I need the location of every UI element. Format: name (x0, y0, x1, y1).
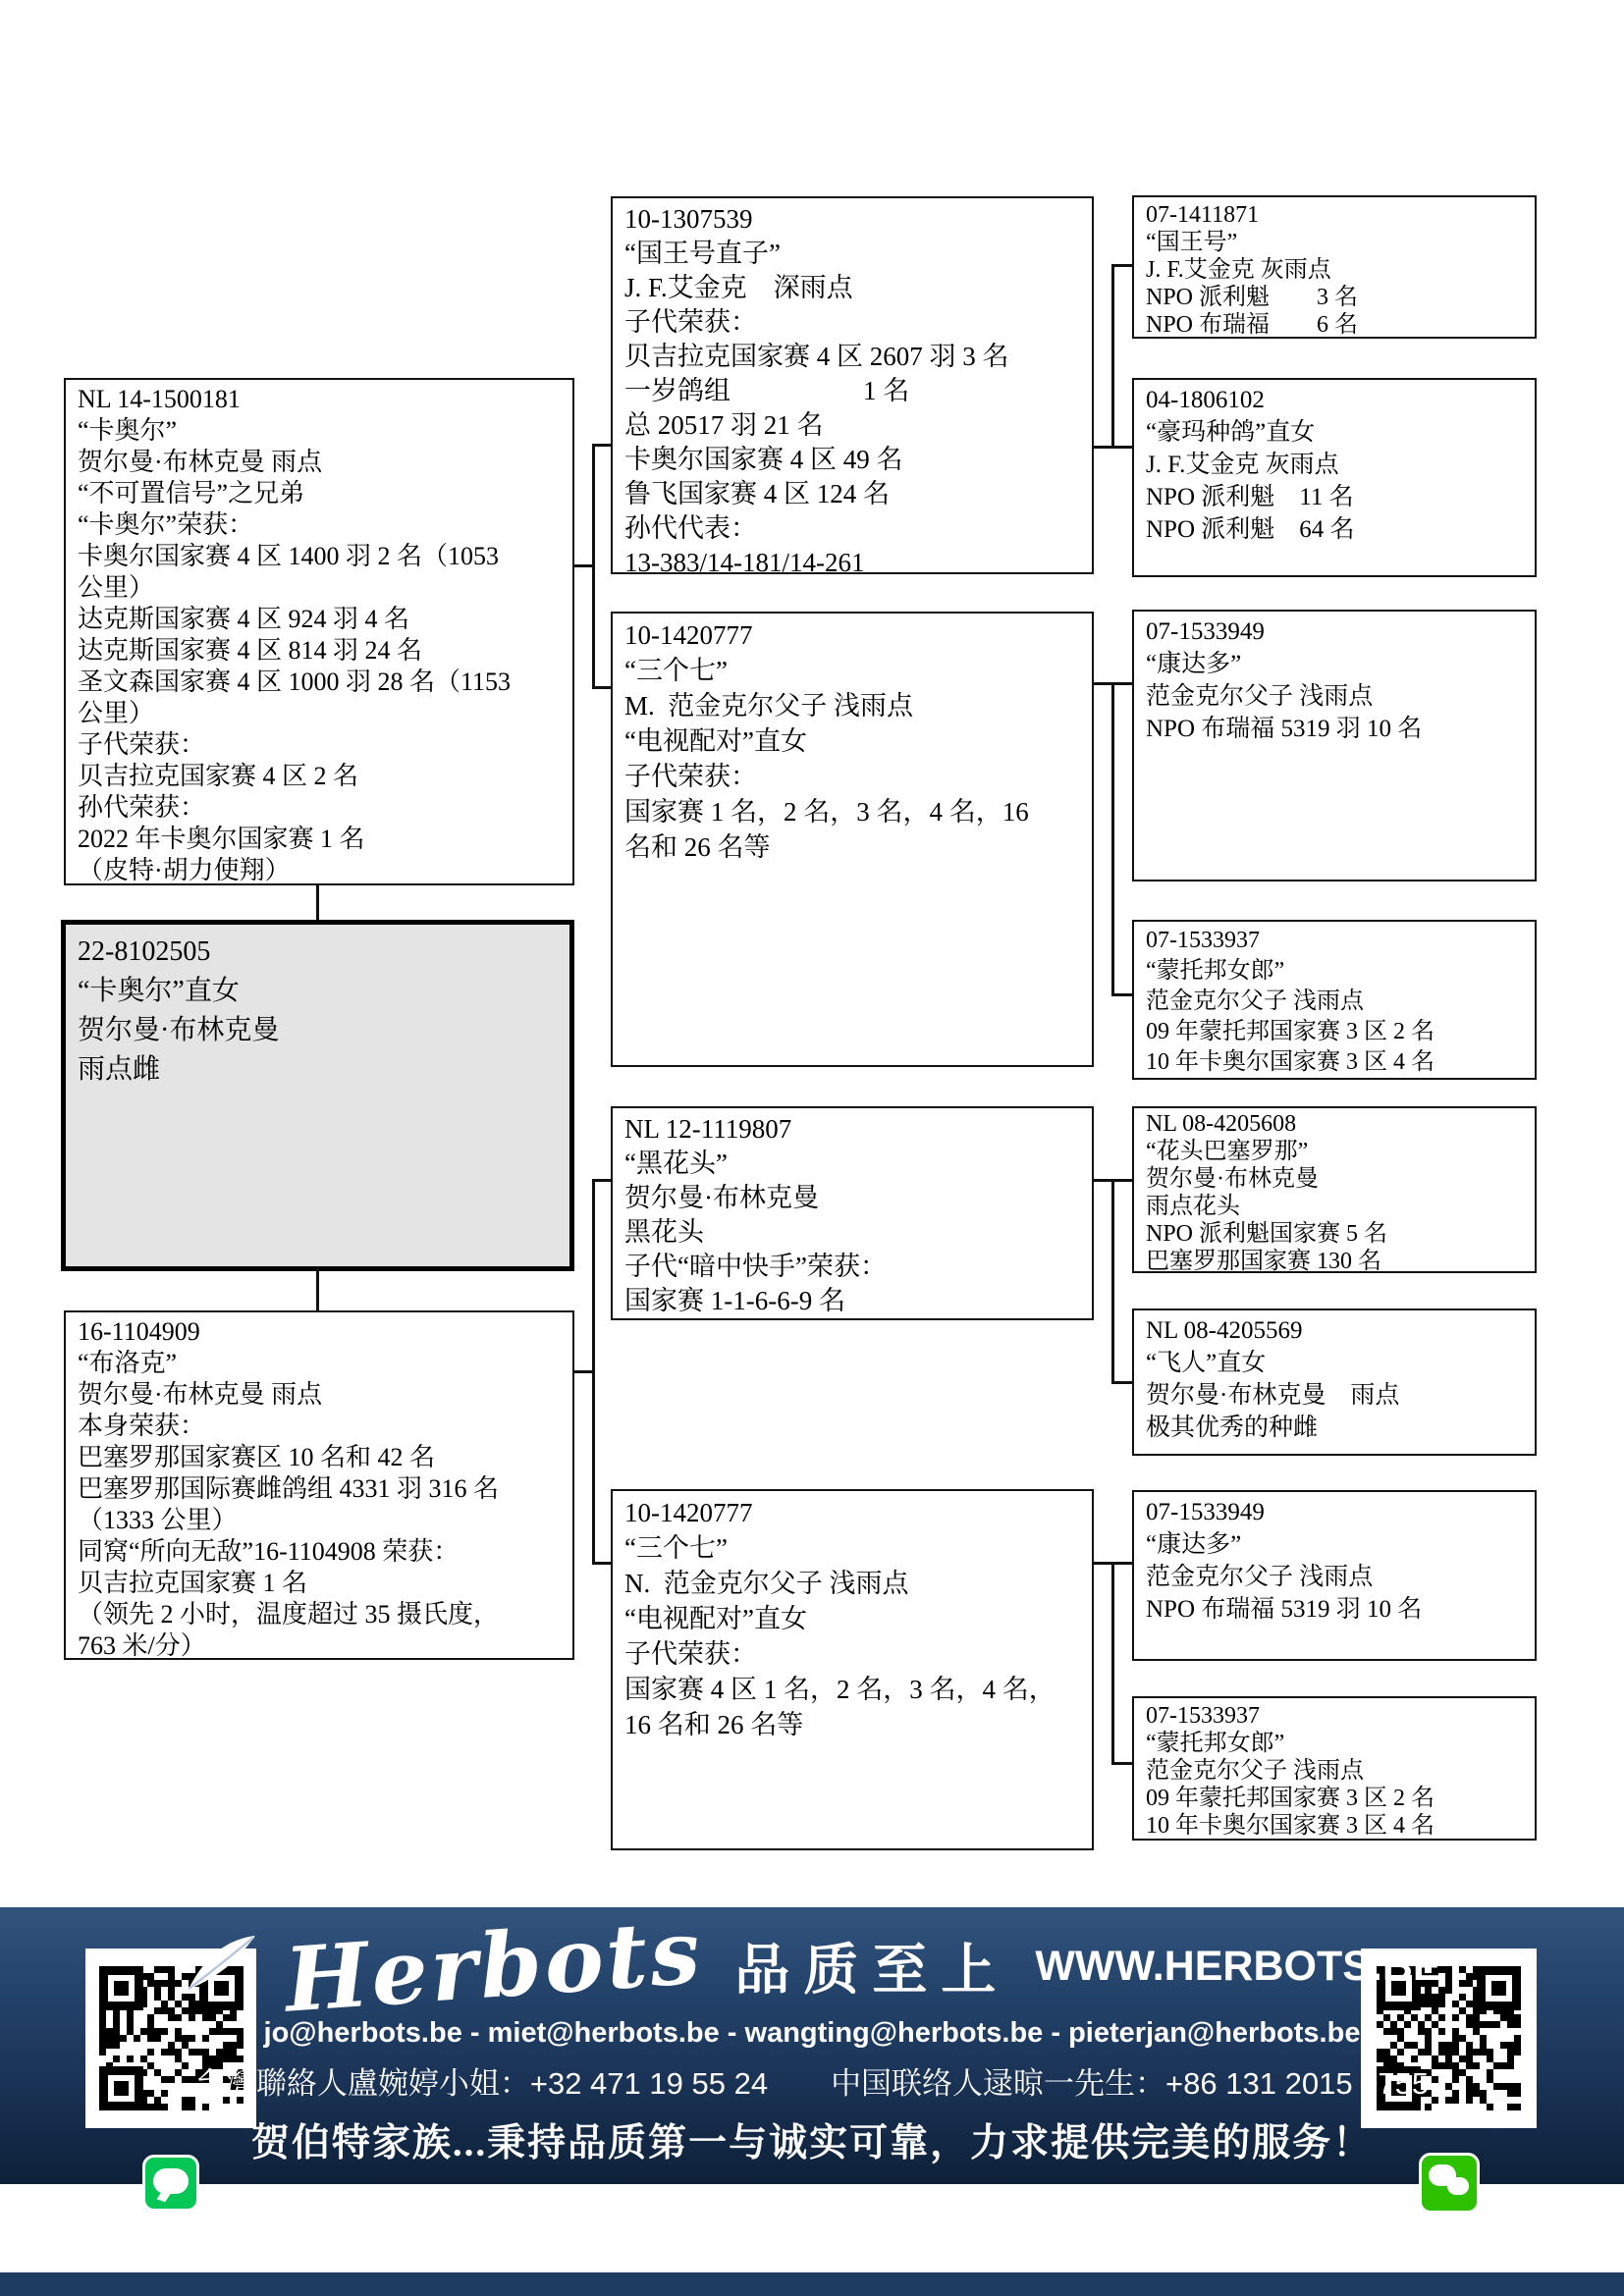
pedigree-line: “三个七” (624, 653, 1084, 688)
pedigree-line: 10 年卡奥尔国家赛 3 区 4 名 (1146, 1812, 1527, 1840)
pedigree-line: NPO 派利魁 3 名 (1146, 284, 1527, 311)
pedigree-line: 子代“暗中快手”荣获： (624, 1250, 1084, 1284)
pedigree-line: 贺尔曼·布林克曼 雨点 (78, 1379, 565, 1411)
pedigree-line: 孙代代表： (624, 511, 1084, 546)
pedigree-box-gen2-3: NL 12-1119807“黑花头”贺尔曼·布林克曼黑花头子代“暗中快手”荣获：… (611, 1106, 1094, 1320)
pedigree-line: “电视配对”直女 (624, 723, 1084, 759)
pedigree-line: 一岁鸽组 1 名 (624, 374, 1084, 408)
pedigree-line: 子代荣获： (624, 305, 1084, 340)
pedigree-line: 极其优秀的种雌 (1146, 1412, 1527, 1444)
pedigree-line: NPO 布瑞福 5319 羽 10 名 (1146, 1593, 1527, 1626)
pedigree-page: NL 14-1500181“卡奥尔”贺尔曼·布林克曼 雨点“不可置信号”之兄弟“… (0, 0, 1624, 2296)
connector-line (592, 444, 611, 447)
footer-slogan: 贺伯特家族...秉持品质第一与诚实可靠，力求提供完美的服务！ (251, 2112, 1373, 2167)
pedigree-line: 09 年蒙托邦国家赛 3 区 2 名 (1146, 1017, 1527, 1047)
pedigree-line: 子代荣获： (624, 1636, 1084, 1672)
pedigree-line: 2022 年卡奥尔国家赛 1 名 (78, 824, 565, 855)
connector-line (592, 686, 611, 689)
qr-finder (99, 2066, 143, 2110)
pedigree-line: 22-8102505 (78, 933, 562, 972)
bottom-border-strip (0, 2272, 1624, 2296)
connector-line (592, 444, 595, 689)
pedigree-line: 巴塞罗那国际赛雌鸽组 4331 羽 316 名 (78, 1473, 565, 1505)
pedigree-line: NPO 派利魁 64 名 (1146, 513, 1527, 546)
pedigree-box-gen3-2: 04-1806102“豪玛种鸽”直女J. F.艾金克 灰雨点NPO 派利魁 11… (1132, 378, 1537, 577)
wechat-icon (1419, 2153, 1480, 2214)
pedigree-line: 鲁飞国家赛 4 区 124 名 (624, 477, 1084, 511)
phone-contacts: 台灣聯絡人盧婉婷小姐：+32 471 19 55 24 中国联络人逯晾一先生：+… (195, 2058, 1429, 2103)
pedigree-line: “国王号” (1146, 229, 1527, 256)
pedigree-line: “康达多” (1146, 1528, 1527, 1561)
pedigree-line: 圣文森国家赛 4 区 1000 羽 28 名（1153 (78, 667, 565, 698)
pedigree-box-sire: NL 14-1500181“卡奥尔”贺尔曼·布林克曼 雨点“不可置信号”之兄弟“… (64, 378, 574, 885)
pedigree-line: J. F.艾金克 灰雨点 (1146, 449, 1527, 481)
pedigree-line: NPO 布瑞福 6 名 (1146, 311, 1527, 339)
line-icon (142, 2155, 199, 2212)
pedigree-line: NPO 布瑞福 5319 羽 10 名 (1146, 713, 1527, 745)
pedigree-line: 贺尔曼·布林克曼 雨点 (78, 447, 565, 478)
pedigree-line: 贺尔曼·布林克曼 (1146, 1165, 1527, 1193)
pedigree-line: 巴塞罗那国家赛区 10 名和 42 名 (78, 1442, 565, 1473)
pedigree-line: 国家赛 4 区 1 名，2 名，3 名，4 名， (624, 1672, 1084, 1707)
connector-line (592, 1179, 595, 1565)
connector-line (574, 1370, 594, 1373)
pedigree-line: 国家赛 1-1-6-6-9 名 (624, 1284, 1084, 1318)
connector-line (1111, 1762, 1132, 1765)
pedigree-line: “黑花头” (624, 1147, 1084, 1181)
pedigree-line: 贝吉拉克国家赛 4 区 2607 羽 3 名 (624, 340, 1084, 374)
pedigree-line: 雨点花头 (1146, 1193, 1527, 1220)
connector-line (1111, 1179, 1114, 1384)
pedigree-box-gen3-3: 07-1533949“康达多”范金克尔父子 浅雨点NPO 布瑞福 5319 羽 … (1132, 610, 1537, 881)
connector-line (574, 564, 594, 567)
brand-tagline: 品质至上 (734, 1927, 1009, 2005)
pedigree-line: “不可置信号”之兄弟 (78, 478, 565, 509)
brand-row: Herbots 品质至上 WWW.HERBOTS.BE (183, 1919, 1440, 2013)
pedigree-line: NL 08-4205569 (1146, 1314, 1527, 1347)
pedigree-line: 贺尔曼·布林克曼 雨点 (1146, 1379, 1527, 1412)
pedigree-line: 本身荣获： (78, 1411, 565, 1442)
pedigree-line: “布洛克” (78, 1348, 565, 1379)
pedigree-box-gen3-4: 07-1533937“蒙托邦女郎”范金克尔父子 浅雨点09 年蒙托邦国家赛 3 … (1132, 920, 1537, 1080)
pedigree-line: 贝吉拉克国家赛 1 名 (78, 1568, 565, 1599)
pedigree-line: 10 年卡奥尔国家赛 3 区 4 名 (1146, 1047, 1527, 1078)
pedigree-line: 公里） (78, 698, 565, 729)
connector-line (1111, 1562, 1114, 1765)
pedigree-line: “卡奥尔” (78, 415, 565, 447)
pedigree-line: “卡奥尔”直女 (78, 972, 562, 1011)
pedigree-line: “飞人”直女 (1146, 1347, 1527, 1379)
footer-content: Herbots 品质至上 WWW.HERBOTS.BE jo@herbots.b… (275, 1919, 1349, 2167)
pedigree-line: 卡奥尔国家赛 4 区 1400 羽 2 名（1053 (78, 541, 565, 572)
pedigree-line: 达克斯国家赛 4 区 924 羽 4 名 (78, 604, 565, 635)
taiwan-contact: 台灣聯絡人盧婉婷小姐：+32 471 19 55 24 (195, 2058, 768, 2103)
pedigree-line: 黑花头 (624, 1215, 1084, 1250)
pedigree-line: “国王号直子” (624, 237, 1084, 271)
pedigree-line: 贺尔曼·布林克曼 (624, 1181, 1084, 1215)
pedigree-line: 16 名和 26 名等 (624, 1707, 1084, 1742)
pedigree-line: 总 20517 羽 21 名 (624, 408, 1084, 443)
pedigree-line: M. 范金克尔父子 浅雨点 (624, 688, 1084, 723)
pedigree-line: 07-1533937 (1146, 1702, 1527, 1730)
pedigree-line: 10-1307539 (624, 202, 1084, 237)
connector-line (1111, 264, 1114, 449)
pedigree-line: NPO 派利魁国家赛 5 名 (1146, 1220, 1527, 1248)
connector-line (316, 885, 319, 920)
pedigree-line: 范金克尔父子 浅雨点 (1146, 680, 1527, 713)
pedigree-line: “蒙托邦女郎” (1146, 1730, 1527, 1757)
pedigree-line: 达克斯国家赛 4 区 814 羽 24 名 (78, 635, 565, 667)
pedigree-line: 贝吉拉克国家赛 4 区 2 名 (78, 761, 565, 792)
pedigree-line: “电视配对”直女 (624, 1601, 1084, 1636)
pedigree-line: 16-1104909 (78, 1316, 565, 1348)
pedigree-box-gen3-8: 07-1533937“蒙托邦女郎”范金克尔父子 浅雨点09 年蒙托邦国家赛 3 … (1132, 1696, 1537, 1841)
pedigree-box-gen3-6: NL 08-4205569“飞人”直女贺尔曼·布林克曼 雨点极其优秀的种雌 (1132, 1308, 1537, 1456)
pedigree-box-gen3-7: 07-1533949“康达多”范金克尔父子 浅雨点NPO 布瑞福 5319 羽 … (1132, 1490, 1537, 1661)
qr-finder (1477, 1966, 1521, 2010)
pedigree-line: （皮特·胡力使翔） (78, 855, 565, 885)
pedigree-line: 雨点雌 (78, 1050, 562, 1090)
pedigree-line: 09 年蒙托邦国家赛 3 区 2 名 (1146, 1785, 1527, 1812)
pedigree-box-gen2-2: 10-1420777“三个七”M. 范金克尔父子 浅雨点“电视配对”直女子代荣获… (611, 612, 1094, 1067)
pedigree-line: 范金克尔父子 浅雨点 (1146, 1757, 1527, 1785)
connector-line (592, 1179, 611, 1182)
pedigree-line: 07-1533949 (1146, 615, 1527, 648)
pedigree-line: 国家赛 1 名，2 名，3 名，4 名，16 (624, 794, 1084, 829)
pedigree-line: 名和 26 名等 (624, 829, 1084, 865)
pedigree-line: 巴塞罗那国家赛 130 名 (1146, 1248, 1527, 1273)
connector-line (316, 1268, 319, 1310)
feather-icon (183, 1934, 259, 2000)
connector-line (1111, 682, 1114, 996)
pedigree-line: “花头巴塞罗那” (1146, 1138, 1527, 1165)
pedigree-line: （领先 2 小时，温度超过 35 摄氏度， (78, 1599, 565, 1630)
connector-line (592, 1562, 611, 1565)
pedigree-box-subject: 22-8102505“卡奥尔”直女贺尔曼·布林克曼雨点雌 (61, 920, 574, 1271)
pedigree-line: 04-1806102 (1146, 384, 1527, 416)
brand-logo: Herbots (283, 1907, 706, 2024)
pedigree-line: “康达多” (1146, 648, 1527, 680)
china-contact: 中国联络人逯晾一先生：+86 131 2015 0755 (831, 2058, 1429, 2103)
pedigree-line: 07-1411871 (1146, 201, 1527, 229)
pedigree-line: NL 12-1119807 (624, 1112, 1084, 1147)
pedigree-line: 同窝“所向无敌”16-1104908 荣获： (78, 1536, 565, 1568)
pedigree-line: NL 08-4205608 (1146, 1110, 1527, 1138)
connector-line (1111, 993, 1132, 996)
pedigree-box-gen2-1: 10-1307539“国王号直子”J. F.艾金克 深雨点子代荣获：贝吉拉克国家… (611, 196, 1094, 574)
pedigree-line: 13-383/14-181/14-261 (624, 546, 1084, 574)
pedigree-line: 卡奥尔国家赛 4 区 49 名 (624, 443, 1084, 477)
pedigree-box-gen3-5: NL 08-4205608“花头巴塞罗那”贺尔曼·布林克曼雨点花头NPO 派利魁… (1132, 1106, 1537, 1273)
connector-line (1111, 264, 1132, 267)
pedigree-line: J. F.艾金克 灰雨点 (1146, 256, 1527, 284)
pedigree-line: “豪玛种鸽”直女 (1146, 416, 1527, 449)
pedigree-line: 子代荣获： (624, 759, 1084, 794)
pedigree-line: 公里） (78, 572, 565, 604)
connector-line (1111, 1381, 1132, 1384)
pedigree-line: J. F.艾金克 深雨点 (624, 271, 1084, 305)
pedigree-box-dam: 16-1104909“布洛克”贺尔曼·布林克曼 雨点本身荣获：巴塞罗那国家赛区 … (64, 1310, 574, 1660)
pedigree-line: “卡奥尔”荣获： (78, 509, 565, 541)
pedigree-line: N. 范金克尔父子 浅雨点 (624, 1566, 1084, 1601)
pedigree-line: “三个七” (624, 1530, 1084, 1566)
pedigree-box-gen2-4: 10-1420777“三个七”N. 范金克尔父子 浅雨点“电视配对”直女子代荣获… (611, 1489, 1094, 1850)
pedigree-line: （1333 公里） (78, 1505, 565, 1536)
pedigree-line: 范金克尔父子 浅雨点 (1146, 987, 1527, 1017)
pedigree-line: 子代荣获： (78, 729, 565, 761)
pedigree-line: 10-1420777 (624, 1495, 1084, 1530)
pedigree-line: 10-1420777 (624, 617, 1084, 653)
pedigree-line: “蒙托邦女郎” (1146, 956, 1527, 987)
pedigree-line: 孙代荣获： (78, 792, 565, 824)
pedigree-box-gen3-1: 07-1411871“国王号”J. F.艾金克 灰雨点NPO 派利魁 3 名NP… (1132, 195, 1537, 339)
pedigree-line: NPO 派利魁 11 名 (1146, 481, 1527, 513)
pedigree-line: 07-1533949 (1146, 1496, 1527, 1528)
footer-banner: Herbots 品质至上 WWW.HERBOTS.BE jo@herbots.b… (0, 1907, 1624, 2184)
pedigree-line: 07-1533937 (1146, 926, 1527, 956)
website-url: WWW.HERBOTS.BE (1035, 1943, 1440, 1991)
pedigree-line: 763 米/分） (78, 1630, 565, 1660)
pedigree-line: 范金克尔父子 浅雨点 (1146, 1561, 1527, 1593)
pedigree-line: 贺尔曼·布林克曼 (78, 1011, 562, 1050)
pedigree-line: NL 14-1500181 (78, 384, 565, 415)
qr-finder (99, 1966, 143, 2010)
